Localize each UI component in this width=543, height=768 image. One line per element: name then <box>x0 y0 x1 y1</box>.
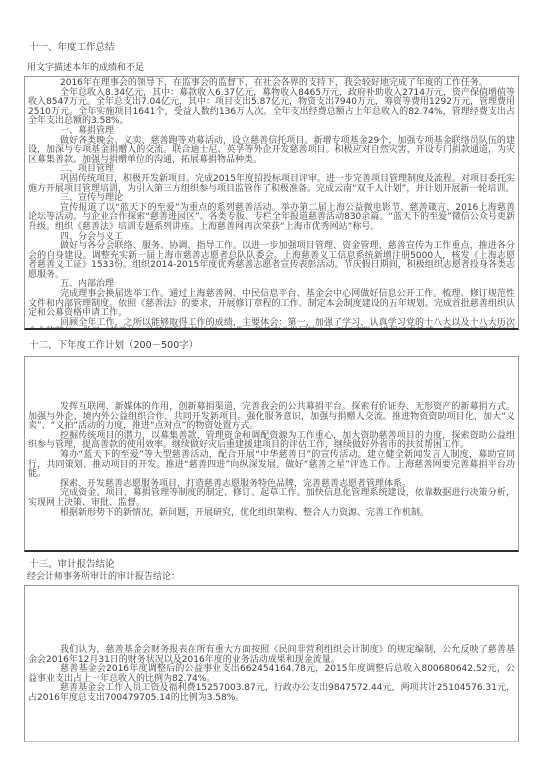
paragraph: 全年总收入8.34亿元，其中：募款收入6.37亿元，募物收入8465万元，政府补… <box>28 89 515 127</box>
annual-summary-box: 2016年在理事会的领导下，在监事会的监督下，在社会各界的支持下，我会较好地完成… <box>24 76 519 330</box>
paragraph: 根据新形势下的新情况、新问题，开展研究，优化组织架构、整合人力资源、完善工作机制… <box>28 509 515 519</box>
paragraph: 慈善基金会2016年度调整后的公益事业支出662454164.78元，2015年… <box>28 665 515 684</box>
paragraph: 做好与各分会联络、服务、协调、指导工作。以进一步加强项目管理、资金管理、慈善宣传… <box>28 242 515 280</box>
section-13-subtitle: 经会计师事务所审计的审计报告结论： <box>27 572 519 583</box>
section-11-subtitle: 用文字描述本年的成绩和不足 <box>27 63 519 74</box>
paragraph: 做好各类晚会、义卖、慈善跑等劝募活动，设立慈善信托项目。新增专项基金29个，加强… <box>28 137 515 166</box>
paragraph: 我们认为，慈善基金会财务报表在所有重大方面按照《民间非营利组织会计制度》的规定编… <box>28 646 515 665</box>
paragraph: 筹办“蓝天下的至爱”等大型慈善活动，配合开展“中华慈善日”的宣传活动。建立健全新… <box>28 451 515 480</box>
section-12-title: 十二、下年度工作计划（200－500字） <box>29 340 519 352</box>
scanned-report-page: 十一、年度工作总结 用文字描述本年的成绩和不足 2016年在理事会的领导下，在监… <box>0 0 543 768</box>
next-year-plan-box: 发挥互联网、新媒体的作用，创新募捐渠道，完善我会的公共募捐平台。探索有价证券、无… <box>24 356 519 552</box>
paragraph: 回顾全年工作，之所以能够取得工作的成绩，主要体会：第一，加强了学习，认真学习党的… <box>28 319 515 330</box>
paragraph: 完成理事会换届选举工作。通过上海慈善网、中民信息平台、基金会中心网做好信息公开工… <box>28 290 515 319</box>
paragraph: 发挥互联网、新媒体的作用，创新募捐渠道，完善我会的公共募捐平台。探索有价证券、无… <box>28 403 515 432</box>
paragraph: 巩固传统项目，积极开发新项目。完成2015年度招投标项目评审。进一步完善项目管理… <box>28 175 515 194</box>
audit-conclusion-box: 我们认为，慈善基金会财务报表在所有重大方面按照《民间非营利组织会计制度》的规定编… <box>24 585 519 742</box>
paragraph: 宣传报道了以“蓝天下的至爱”为重点的系列慈善活动。举办第二届上海公益微电影节、慈… <box>28 204 515 233</box>
section-11-title: 十一、年度工作总结 <box>29 0 519 54</box>
paragraph: 慈善基金会工作人员工资及福利费15257003.87元，行政办公支出984757… <box>28 684 515 703</box>
section-13-title: 十三、审计报告结论 <box>29 559 519 571</box>
paragraph: 挖掘传统项目的潜力，以募集善款、管理资金和调配资源为工作重心，加大资助慈善项目的… <box>28 432 515 451</box>
paragraph: 完成资金、项目、募捐管理等制度的制定、修订、起草工作。加快信息化管理系统建设，依… <box>28 489 515 508</box>
